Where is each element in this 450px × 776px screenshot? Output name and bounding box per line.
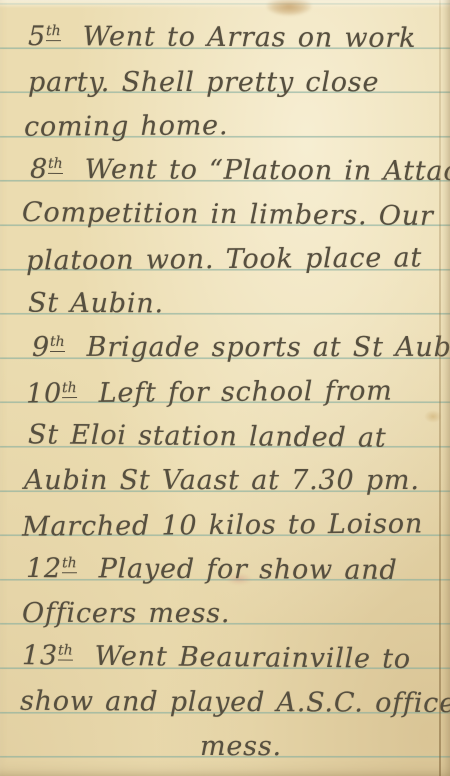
diary-line-content: mess. — [200, 732, 282, 762]
entry-day: 9th — [32, 332, 65, 363]
notebook-page: 5thWent to Arras on workparty. Shell pre… — [0, 0, 450, 776]
entry-text: show and played A.S.C. officers — [20, 686, 450, 719]
entry-text: Went to “Platoon in Attack” — [85, 154, 450, 187]
diary-line: 10thLeft for school from — [0, 357, 450, 401]
diary-line-content: 8thWent to “Platoon in Attack” — [30, 149, 450, 187]
entry-day-ordinal: th — [62, 555, 77, 573]
entry-day: 5th — [28, 21, 61, 52]
entry-day-ordinal: th — [62, 380, 77, 398]
diary-line: Competition in limbers. Our — [0, 180, 450, 224]
entry-text: party. Shell pretty close — [28, 67, 379, 98]
diary-line-content: 10thLeft for school from — [26, 370, 393, 409]
entry-text: mess. — [200, 731, 282, 762]
entry-text: platoon won. Took place at — [26, 242, 422, 276]
entry-text: Competition in limbers. Our — [22, 198, 434, 233]
entry-day: 8th — [30, 154, 63, 185]
diary-line: 8thWent to “Platoon in Attack” — [0, 136, 450, 180]
diary-line: 9thBrigade sports at St Aubin. — [0, 313, 450, 357]
diary-line-content: Competition in limbers. Our — [22, 199, 434, 233]
entry-text: Officers mess. — [22, 598, 230, 629]
entry-text: St Aubin. — [28, 288, 164, 320]
diary-line-content: 12thPlayed for show and — [26, 548, 398, 586]
entry-text: St Eloi station landed at — [28, 419, 387, 453]
diary-line-content: show and played A.S.C. officers — [20, 687, 450, 719]
diary-line: party. Shell pretty close — [0, 47, 450, 91]
diary-line-content: St Eloi station landed at — [28, 420, 387, 453]
entry-text: Brigade sports at St Aubin. — [87, 332, 450, 363]
diary-line-content: party. Shell pretty close — [28, 68, 379, 98]
diary-line-content: St Aubin. — [28, 289, 164, 320]
entry-text: Went to Arras on work — [83, 22, 417, 55]
entry-day-ordinal: th — [58, 643, 73, 661]
entry-day-ordinal: th — [50, 334, 65, 352]
entry-day-ordinal: th — [46, 23, 61, 41]
entry-text: Went Beaurainville to — [94, 641, 411, 675]
entry-text: coming home. — [24, 110, 229, 143]
entry-text: Played for show and — [99, 553, 398, 586]
entry-day-ordinal: th — [48, 156, 63, 174]
diary-line: coming home. — [0, 92, 450, 136]
diary-line-content: 9thBrigade sports at St Aubin. — [32, 327, 450, 363]
diary-line: Marched 10 kilos to Loison — [0, 490, 450, 534]
diary-line: 13thWent Beaurainville to — [0, 623, 450, 667]
entry-text: Aubin St Vaast at 7.30 pm. — [24, 465, 420, 496]
entry-text: Marched 10 kilos to Loison — [22, 508, 423, 542]
diary-entries: 5thWent to Arras on workparty. Shell pre… — [0, 0, 450, 776]
diary-line-content: coming home. — [24, 111, 229, 143]
page-crease — [439, 0, 441, 776]
diary-line-content: 5thWent to Arras on work — [28, 16, 416, 54]
entry-day: 10th — [26, 378, 77, 409]
diary-line-content: platoon won. Took place at — [26, 243, 422, 276]
entry-day: 12th — [26, 553, 77, 584]
entry-day: 13th — [22, 641, 73, 672]
entry-text: Left for school from — [99, 375, 393, 408]
diary-line: 5thWent to Arras on work — [0, 3, 450, 47]
diary-line-content: Aubin St Vaast at 7.30 pm. — [24, 466, 420, 496]
diary-line-content: 13thWent Beaurainville to — [22, 636, 411, 676]
diary-line-content: Officers mess. — [22, 599, 230, 629]
diary-line-content: Marched 10 kilos to Loison — [22, 509, 423, 542]
